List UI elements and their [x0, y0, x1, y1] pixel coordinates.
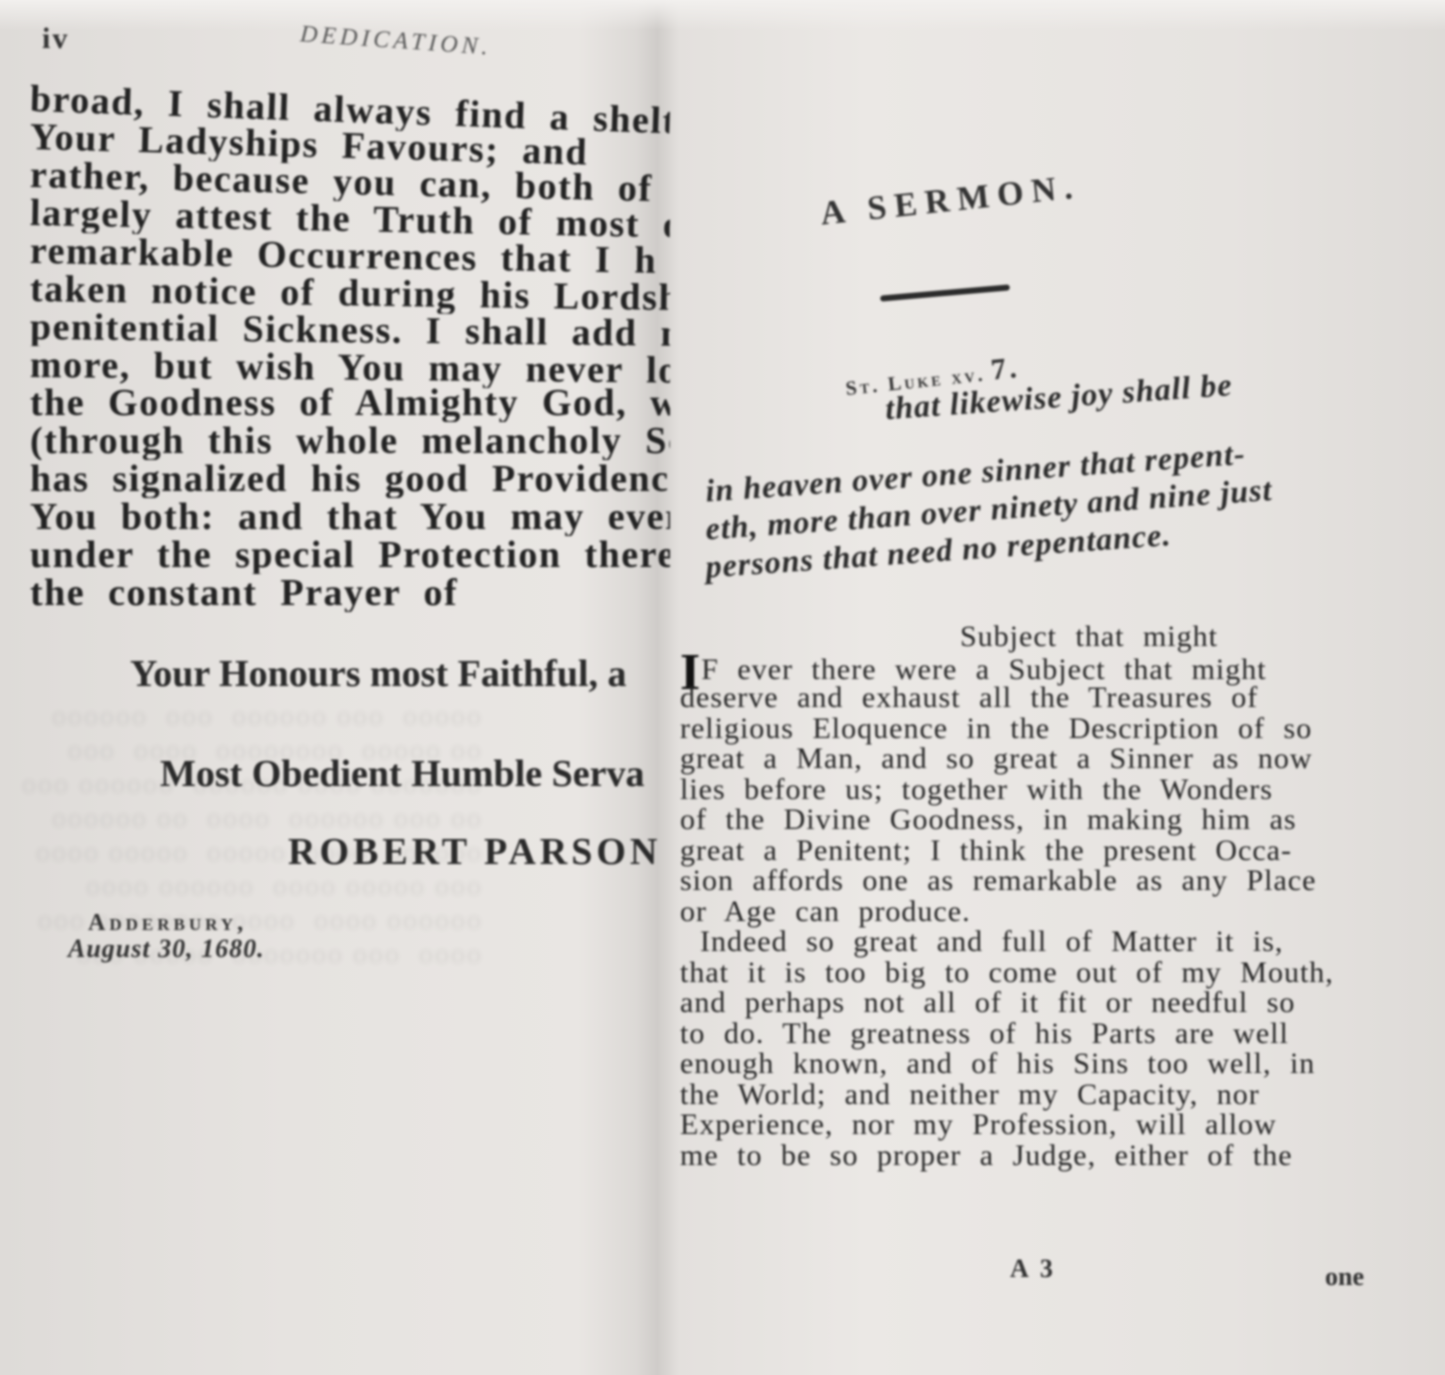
text-line: me to be so proper a Judge, either of th… — [680, 1141, 1380, 1172]
text-line: more, but wish You may never lo — [30, 346, 670, 390]
date-line: August 30, 1680. — [68, 934, 265, 964]
text-line: great a Penitent; I think the present Oc… — [680, 836, 1380, 867]
text-line: great a Man, and so great a Sinner as no… — [680, 744, 1380, 775]
text-line: enough known, and of his Sins too well, … — [680, 1049, 1380, 1080]
text-line: that it is too big to come out of my Mou… — [680, 958, 1380, 989]
sermon-text: Subject that might IF ever there were a … — [680, 622, 1380, 1171]
text-line: deserve and exhaust all the Treasures of — [680, 683, 1380, 714]
book-spread: ooooo ooo oooooo ooo oooooo oo ooooo ooo… — [0, 0, 1445, 1375]
text-line: (through this whole melancholy Scen — [30, 422, 670, 460]
text-line: the constant Prayer of — [30, 574, 670, 612]
text-line: the Goodness of Almighty God, w — [30, 384, 670, 422]
text-line: Experience, nor my Profession, will allo… — [680, 1110, 1380, 1141]
text-line: or Age can produce. — [680, 897, 1380, 928]
dedication-text: broad, I shall always find a shelter You… — [30, 80, 670, 612]
running-head-title: DEDICATION. — [299, 21, 492, 61]
place-line: Adderbury, — [88, 910, 247, 937]
valediction-line-2: Most Obedient Humble Serva — [160, 752, 644, 796]
text-line: Subject that might — [960, 622, 1380, 653]
dedication-closing: Your Honours most Faithful, a Most Obedi… — [30, 652, 670, 972]
decorative-rule — [880, 284, 1010, 301]
text-line: You both: and that You may ever li — [30, 498, 670, 536]
text-line: the World; and neither my Capacity, nor — [680, 1080, 1380, 1111]
text-line-dropcap: IF ever there were a Subject that might — [680, 653, 1380, 684]
left-page: iv DEDICATION. broad, I shall always fin… — [30, 18, 670, 972]
valediction-line-1: Your Honours most Faithful, a — [130, 652, 627, 696]
text-line: to do. The greatness of his Parts are we… — [680, 1019, 1380, 1050]
page-number: iv — [42, 22, 69, 56]
scripture-quote: that likewise joy shall be I say unto yo… — [675, 378, 1295, 568]
text-line: has signalized his good Providence — [30, 460, 670, 498]
sermon-title: A SERMON. — [819, 168, 1082, 233]
text-line: religious Eloquence in the Description o… — [680, 714, 1380, 745]
text-line: under the special Protection thereof, — [30, 536, 670, 574]
printer-signature-mark: A 3 — [1010, 1254, 1056, 1284]
author-signature: ROBERT PARSON — [288, 830, 661, 874]
running-head: iv DEDICATION. — [30, 18, 670, 74]
text-line: sion affords one as remarkable as any Pl… — [680, 866, 1380, 897]
text-line: Indeed so great and full of Matter it is… — [680, 927, 1380, 958]
catchword: one — [1325, 1262, 1364, 1292]
text-line: lies before us; together with the Wonder… — [680, 775, 1380, 806]
text-line: and perhaps not all of it fit or needful… — [680, 988, 1380, 1019]
text-line: of the Divine Goodness, in making him as — [680, 805, 1380, 836]
